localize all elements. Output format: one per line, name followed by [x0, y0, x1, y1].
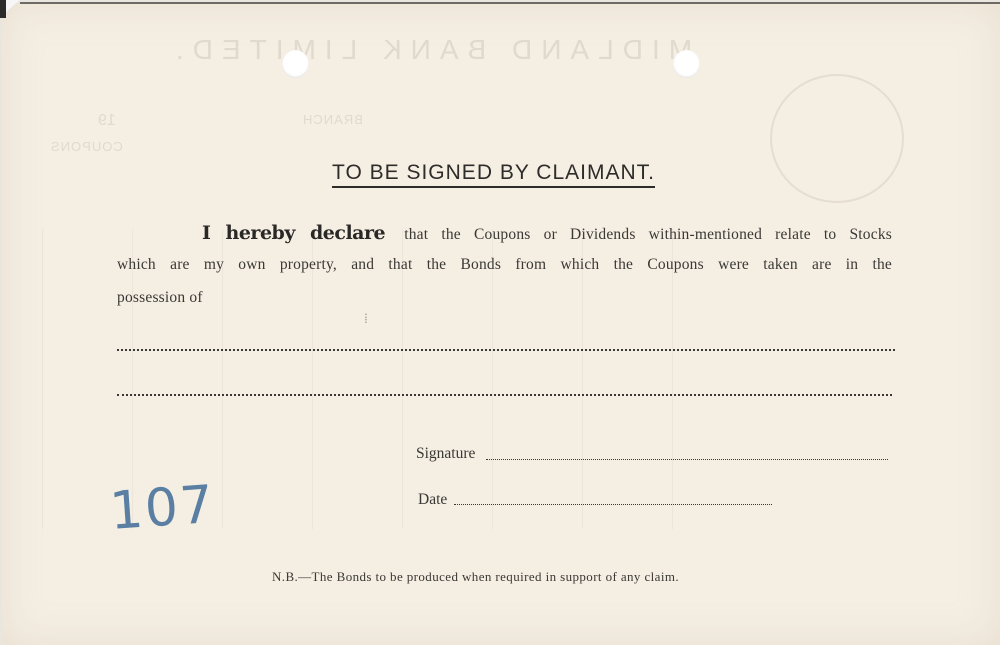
declaration-lead: I hereby declare	[202, 222, 385, 244]
signature-label: Signature	[416, 445, 475, 463]
signature-field[interactable]	[486, 459, 888, 460]
declaration-line-1: I hereby declare that the Coupons or Div…	[202, 222, 892, 244]
bleed-through-coupons-label: COUPONS	[50, 139, 123, 154]
scan-top-edge	[20, 2, 1000, 4]
claim-form-page: MIDLAND BANK LIMITED. BRANCH COUPONS 19 …	[2, 4, 1000, 645]
handwritten-number: 107	[108, 475, 217, 542]
declaration-line-1-text: that the Coupons or Dividends within-men…	[404, 226, 892, 243]
bleed-through-year-prefix: 19	[98, 112, 116, 130]
declaration-line-3: possession of	[117, 289, 892, 307]
declaration-line-2: which are my own property, and that the …	[117, 256, 892, 274]
punch-hole-right	[673, 50, 700, 78]
scan-corner-shadow	[0, 0, 6, 18]
possession-of-field-line-1[interactable]	[117, 349, 895, 351]
footnote: N.B.—The Bonds to be produced when requi…	[272, 569, 679, 585]
punch-hole-left	[282, 50, 309, 78]
form-heading: TO BE SIGNED BY CLAIMANT.	[332, 161, 655, 188]
bleed-through-branch-label: BRANCH	[302, 112, 363, 127]
possession-of-field-line-2[interactable]	[117, 394, 892, 396]
date-label: Date	[418, 491, 447, 509]
date-field[interactable]	[454, 504, 772, 505]
bleed-through-postmark-stamp	[770, 74, 904, 203]
bleed-through-bank-title: MIDLAND BANK LIMITED.	[167, 34, 692, 66]
pencil-mark: ⁞	[364, 312, 378, 352]
